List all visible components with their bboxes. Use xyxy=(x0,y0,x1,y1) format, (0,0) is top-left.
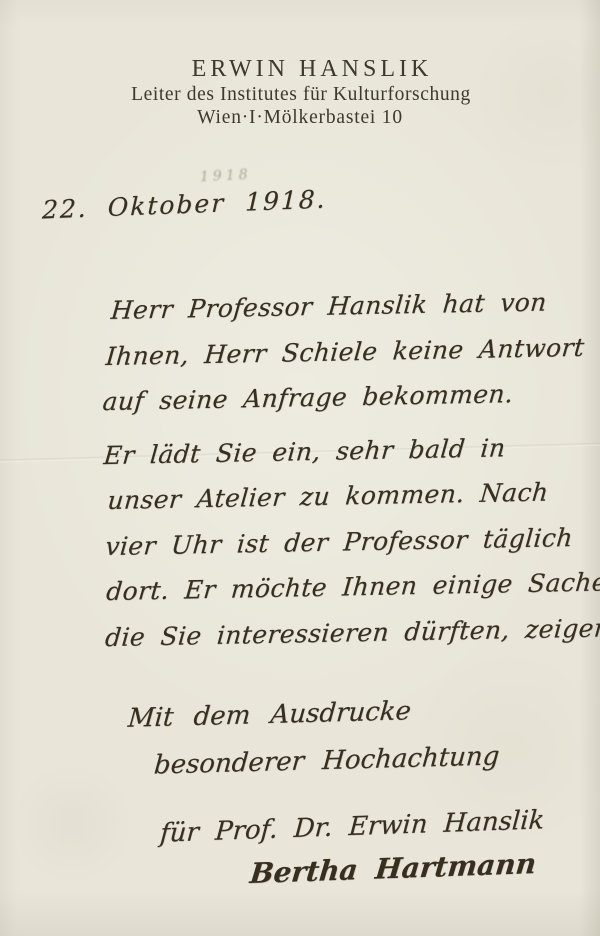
date-line: 22. Oktober 1918. xyxy=(42,185,327,225)
closing-line-2: besonderer Hochachtung xyxy=(153,741,501,780)
pencil-annotation: 1918 xyxy=(200,167,252,186)
letter-page: ERWIN HANSLIK Leiter des Institutes für … xyxy=(0,0,600,936)
letterhead: ERWIN HANSLIK Leiter des Institutes für … xyxy=(0,56,600,129)
closing-line-1: Mit dem Ausdrucke xyxy=(127,696,412,733)
body-line: die Sie interessieren dürften, zeigen. xyxy=(103,604,600,660)
letter-body: Herr Professor Hanslik hat von Ihnen, He… xyxy=(100,278,600,660)
body-line: auf seine Anfrage bekommen. xyxy=(101,369,600,425)
signature-name: Bertha Hartmann xyxy=(248,847,537,890)
letterhead-name: ERWIN HANSLIK xyxy=(0,56,600,83)
letterhead-address: Wien·I·Mölkerbastei 10 xyxy=(0,107,600,129)
signature-on-behalf: für Prof. Dr. Erwin Hanslik xyxy=(159,805,545,849)
letterhead-role: Leiter des Institutes für Kulturforschun… xyxy=(0,84,600,106)
